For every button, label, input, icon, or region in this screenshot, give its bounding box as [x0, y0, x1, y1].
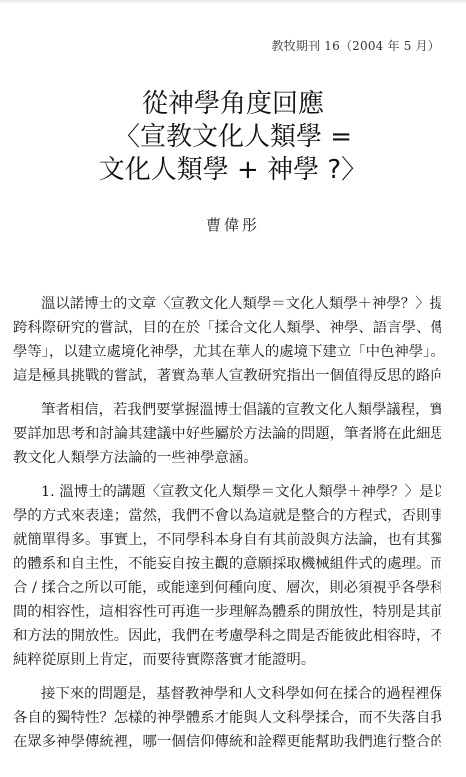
paragraph-line: 要詳加思考和討論其建議中好些屬於方法論的問題，筆者將在此細思宣 — [13, 422, 441, 446]
paragraph-line: 和方法的開放性。因此，我們在考慮學科之間是否能彼此相容時，不能 — [13, 624, 441, 648]
article-title: 從神學角度回應 〈宣教文化人類學 = 文化人類學 + 神學 ?〉 — [0, 88, 466, 187]
paragraph-line: 在眾多神學傳統裡，哪一個信仰傳統和詮釋更能幫助我們進行整合的工 — [13, 730, 441, 754]
paragraph-line: 接下來的問題是，基督教神學和人文科學如何在揉合的過程裡保留 — [13, 682, 441, 706]
paragraph-line: 的體系和自主性，不能妄自按主觀的意願採取機械組件式的處理。而整 — [13, 552, 441, 576]
paragraph-4: 接下來的問題是，基督教神學和人文科學如何在揉合的過程裡保留 各自的獨特性？怎樣的… — [13, 682, 441, 754]
title-line-1: 從神學角度回應 — [0, 88, 466, 121]
paragraph-line: 間的相容性，這相容性可再進一步理解為體系的開放性，特別是其前設 — [13, 600, 441, 624]
paragraph-line: 合 / 揉合之所以可能，或能達到何種向度、層次，則必須視乎各學科之 — [13, 576, 441, 600]
paragraph-3: 1. 溫博士的講題〈宣教文化人類學＝文化人類學＋神學？〉是以數 學的方式來表達；… — [13, 480, 441, 672]
paragraph-1: 溫以諾博士的文章〈宣教文化人類學＝文化人類學＋神學？〉提倡 跨科際研究的嘗試，目… — [13, 292, 441, 388]
running-header: 教牧期刊 16（2004 年 5 月） — [271, 37, 440, 54]
paragraph-line: 學等」，以建立處境化神學，尤其在華人的處境下建立「中色神學」。 — [13, 340, 441, 364]
author-name: 曹偉彤 — [0, 214, 466, 235]
paragraph-line: 這是極具挑戰的嘗試，著實為華人宣教研究指出一個值得反思的路向。 — [13, 364, 441, 388]
paragraph-line: 教文化人類學方法論的一些神學意涵。 — [13, 446, 441, 470]
paragraph-line: 純粹從原則上肯定，而要待實際落實才能證明。 — [13, 648, 441, 672]
paragraph-2: 筆者相信，若我們要掌握溫博士倡議的宣教文化人類學議程，實需 要詳加思考和討論其建… — [13, 398, 441, 470]
title-line-2: 〈宣教文化人類學 = — [0, 121, 466, 154]
paragraph-line: 筆者相信，若我們要掌握溫博士倡議的宣教文化人類學議程，實需 — [13, 398, 441, 422]
paragraph-line: 各自的獨特性？怎樣的神學體系才能與人文科學揉合，而不失落自我？ — [13, 706, 441, 730]
paragraph-line: 跨科際研究的嘗試，目的在於「揉合文化人類學、神學、語言學、傳理 — [13, 316, 441, 340]
article-body: 溫以諾博士的文章〈宣教文化人類學＝文化人類學＋神學？〉提倡 跨科際研究的嘗試，目… — [13, 292, 441, 754]
paragraph-line: 溫以諾博士的文章〈宣教文化人類學＝文化人類學＋神學？〉提倡 — [13, 292, 441, 316]
page-top-edge — [0, 0, 466, 4]
paragraph-line: 就簡單得多。事實上，不同學科本身自有其前設與方法論，也有其獨特 — [13, 528, 441, 552]
title-line-3: 文化人類學 + 神學 ?〉 — [0, 154, 466, 187]
paragraph-line: 1. 溫博士的講題〈宣教文化人類學＝文化人類學＋神學？〉是以數 — [13, 480, 441, 504]
paragraph-line: 學的方式來表達；當然，我們不會以為這就是整合的方程式，否則事情 — [13, 504, 441, 528]
